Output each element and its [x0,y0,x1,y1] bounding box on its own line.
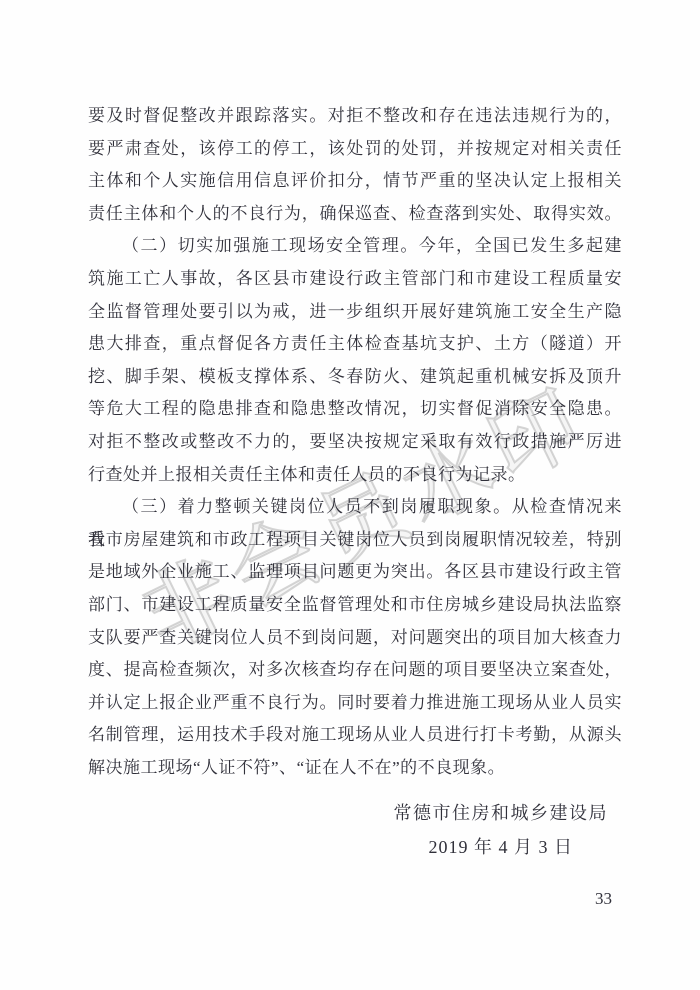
signature-block: 常德市住房和城乡建设局 2019 年 4 月 3 日 [394,796,609,864]
text-line: 行查处并上报相关责任主体和责任人员的不良行为记录。 [88,459,622,492]
signature-org: 常德市住房和城乡建设局 [394,796,609,830]
text-line: 主体和个人实施信用信息评价扣分，情节严重的坚决认定上报相关 [88,165,622,198]
text-line: 责任主体和个人的不良行为，确保巡查、检查落到实处、取得实效。 [88,198,622,231]
text-line: 是地域外企业施工、监理项目问题更为突出。各区县市建设行政主管 [88,556,622,589]
text-line: 名制管理，运用技术手段对施工现场从业人员进行打卡考勤，从源头 [88,719,622,752]
text-line: （三）着力整顿关键岗位人员不到岗履职现象。从检查情况来看， [88,491,622,524]
text-line: 解决施工现场“人证不符”、“证在人不在”的不良现象。 [88,752,622,785]
text-line: 患大排查，重点督促各方责任主体检查基坑支护、土方（隧道）开 [88,328,622,361]
page-number: 33 [595,889,612,909]
text-line: （二）切实加强施工现场安全管理。今年，全国已发生多起建 [88,230,622,263]
signature-date: 2019 年 4 月 3 日 [394,830,609,864]
text-line: 对拒不整改或整改不力的，要坚决按规定采取有效行政措施严厉进 [88,426,622,459]
text-line: 全监督管理处要引以为戒，进一步组织开展好建筑施工安全生产隐 [88,296,622,329]
document-page: 非会员水印 要及时督促整改并跟踪落实。对拒不整改和存在违法违规行为的， 要严肃查… [0,0,700,990]
text-line: 挖、脚手架、模板支撑体系、冬春防火、建筑起重机械安拆及顶升 [88,361,622,394]
text-line: 要严肃查处，该停工的停工，该处罚的处罚，并按规定对相关责任 [88,133,622,166]
text-line: 要及时督促整改并跟踪落实。对拒不整改和存在违法违规行为的， [88,100,622,133]
document-body: 要及时督促整改并跟踪落实。对拒不整改和存在违法违规行为的， 要严肃查处，该停工的… [88,100,622,784]
text-line: 并认定上报企业严重不良行为。同时要着力推进施工现场从业人员实 [88,687,622,720]
text-line: 等危大工程的隐患排查和隐患整改情况，切实督促消除安全隐患。 [88,393,622,426]
text-line: 筑施工亡人事故，各区县市建设行政主管部门和市建设工程质量安 [88,263,622,296]
text-line: 支队要严查关键岗位人员不到岗问题，对问题突出的项目加大核查力 [88,622,622,655]
text-line: 部门、市建设工程质量安全监督管理处和市住房城乡建设局执法监察 [88,589,622,622]
text-line: 度、提高检查频次，对多次核查均存在问题的项目要坚决立案查处， [88,654,622,687]
text-line: 我市房屋建筑和市政工程项目关键岗位人员到岗履职情况较差，特别 [88,524,622,557]
